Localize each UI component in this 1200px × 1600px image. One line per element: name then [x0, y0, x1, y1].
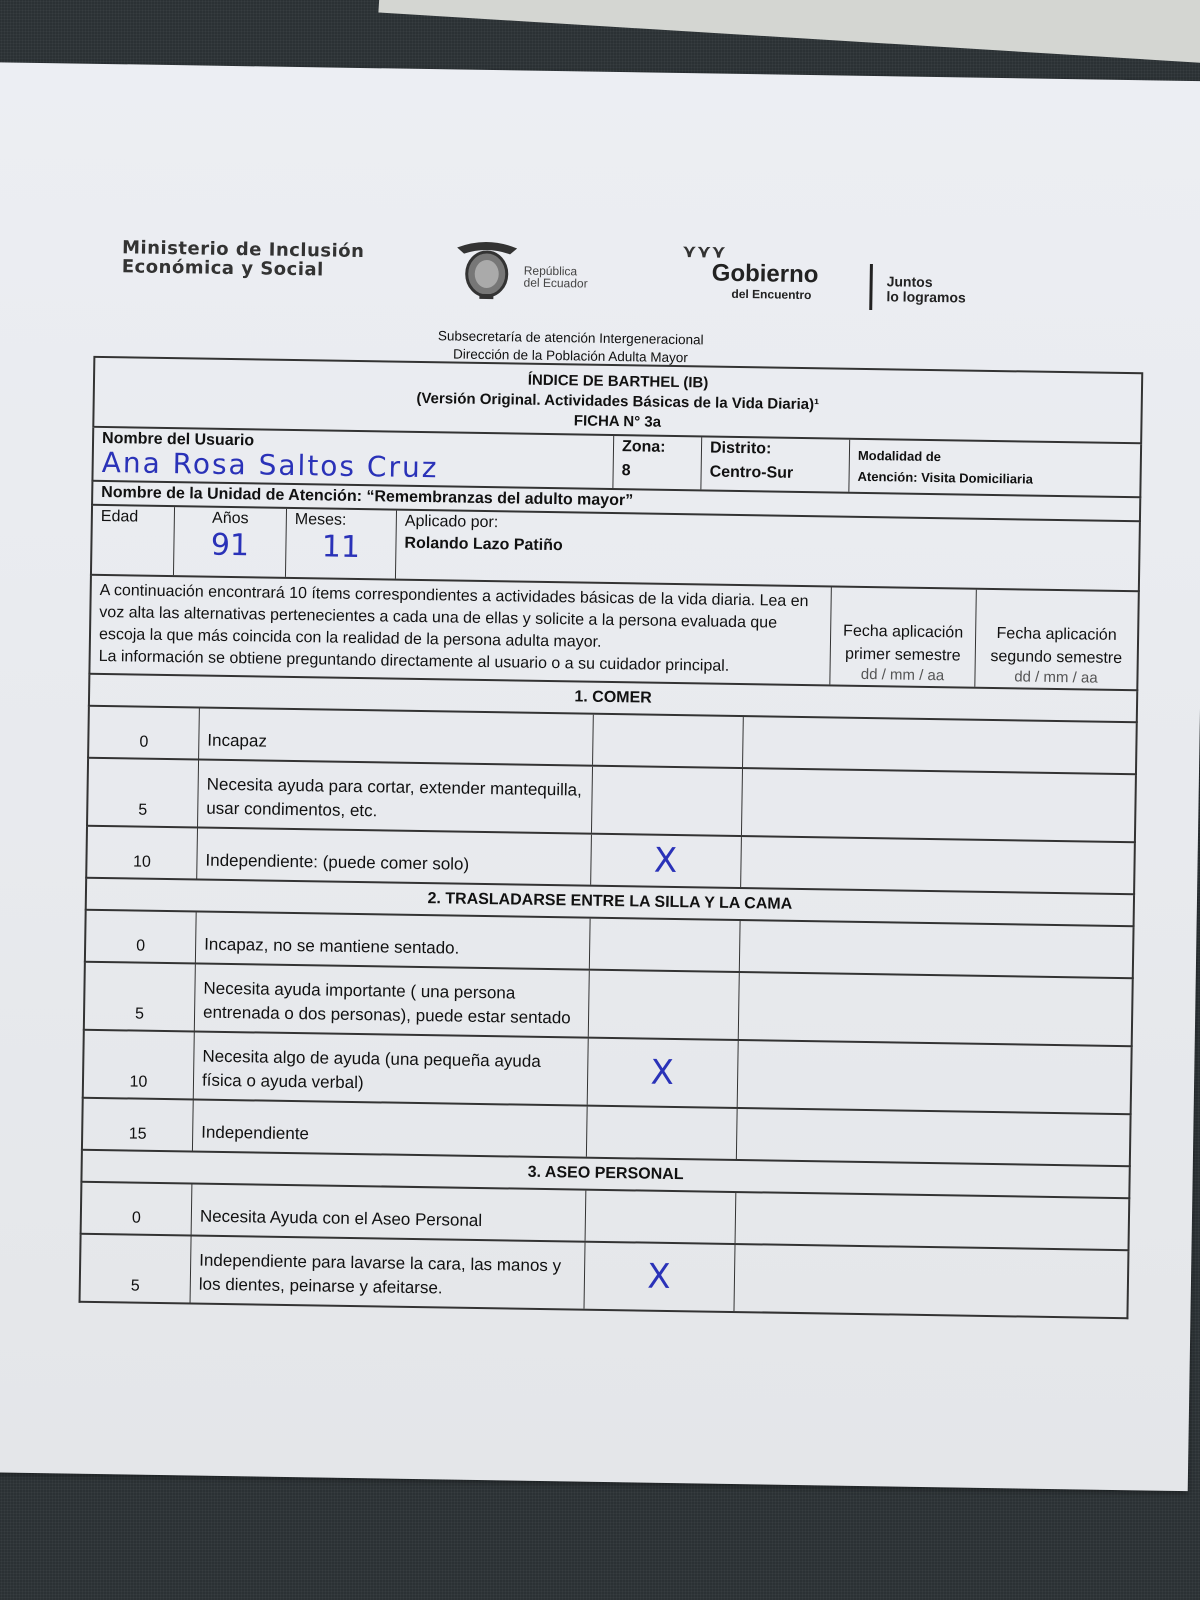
item-description: Necesita ayuda importante ( una persona … — [195, 965, 589, 1037]
item-score: 0 — [89, 707, 200, 759]
first-semester-checkbox[interactable] — [593, 715, 744, 767]
item-description: Incapaz — [199, 709, 593, 765]
item-description: Independiente: (puede comer solo) — [197, 829, 591, 885]
first-semester-checkbox[interactable]: X — [591, 835, 742, 887]
second-semester-checkbox[interactable] — [741, 837, 1134, 893]
zona-value: 8 — [622, 462, 693, 481]
edad-label: Edad — [92, 506, 175, 575]
meses-label: Meses: — [295, 511, 388, 530]
item-description: Incapaz, no se mantiene sentado. — [196, 913, 590, 969]
item-description: Necesita Ayuda con el Aseo Personal — [192, 1184, 586, 1240]
modalidad-value: Atención: Visita Domiciliaria — [857, 469, 1131, 488]
meses-value[interactable]: 11 — [294, 529, 388, 565]
second-semester-checkbox[interactable] — [738, 973, 1131, 1045]
modalidad-label: Modalidad de — [858, 448, 1132, 467]
item-score: 0 — [86, 911, 197, 963]
instructions-row: A continuación encontrará 10 ítems corre… — [88, 576, 1139, 691]
item-score: 0 — [82, 1183, 193, 1235]
distrito-label: Distrito: — [710, 440, 841, 460]
second-semester-header: Fecha aplicación segundo semestre — [984, 622, 1130, 670]
first-semester-checkbox[interactable]: X — [584, 1243, 735, 1311]
item-score: 5 — [81, 1235, 192, 1303]
anios-value[interactable]: 91 — [182, 527, 278, 563]
first-semester-checkbox[interactable] — [589, 919, 740, 971]
logo-divider — [869, 264, 873, 310]
item-score: 10 — [84, 1031, 195, 1099]
republic-label: República del Ecuador — [524, 265, 588, 290]
gobierno-subtitle: del Encuentro — [731, 287, 811, 302]
first-semester-header: Fecha aplicación primer semestre — [839, 620, 968, 668]
second-semester-checkbox[interactable] — [741, 769, 1134, 841]
item-description: Independiente — [193, 1100, 587, 1156]
second-semester-checkbox[interactable] — [734, 1245, 1127, 1317]
first-semester-checkbox[interactable]: X — [587, 1039, 738, 1107]
item-description: Necesita ayuda para cortar, extender man… — [198, 761, 592, 833]
item-score: 5 — [88, 759, 199, 827]
first-semester-checkbox[interactable] — [586, 1107, 737, 1159]
barthel-form: ÍNDICE DE BARTHEL (IB) (Versión Original… — [79, 356, 1144, 1319]
paper-sheet: Ministerio de Inclusión Económica y Soci… — [0, 62, 1200, 1491]
second-semester-checkbox[interactable] — [743, 717, 1136, 773]
ministry-logo: Ministerio de Inclusión Económica y Soci… — [122, 238, 365, 280]
first-semester-checkbox[interactable] — [585, 1191, 736, 1243]
second-semester-date[interactable]: dd / mm / aa — [983, 668, 1128, 687]
slogan: Juntos lo logramos — [886, 274, 966, 305]
item-description: Necesita algo de ayuda (una pequeña ayud… — [194, 1032, 588, 1104]
first-semester-checkbox[interactable] — [591, 767, 742, 835]
first-semester-date[interactable]: dd / mm / aa — [838, 666, 966, 685]
item-score: 10 — [87, 827, 198, 879]
anios-label: Años — [183, 509, 278, 528]
zona-label: Zona: — [622, 438, 693, 457]
coat-of-arms-icon — [451, 237, 522, 300]
second-semester-checkbox[interactable] — [736, 1109, 1129, 1165]
item-score: 5 — [85, 963, 196, 1031]
instructions-text: A continuación encontrará 10 ítems corre… — [99, 580, 823, 657]
distrito-value: Centro-Sur — [710, 464, 841, 484]
background-wall — [378, 0, 1200, 67]
second-semester-checkbox[interactable] — [737, 1041, 1130, 1113]
second-semester-checkbox[interactable] — [735, 1193, 1128, 1249]
gobierno-title: Gobierno — [712, 262, 819, 288]
first-semester-checkbox[interactable] — [588, 971, 739, 1039]
second-semester-checkbox[interactable] — [739, 921, 1132, 977]
header-logos: Ministerio de Inclusión Económica y Soci… — [121, 232, 1022, 326]
barthel-sections: 1. COMER0Incapaz5Necesita ayuda para cor… — [79, 675, 1139, 1319]
item-description: Independiente para lavarse la cara, las … — [191, 1236, 585, 1308]
item-score: 15 — [83, 1099, 194, 1151]
